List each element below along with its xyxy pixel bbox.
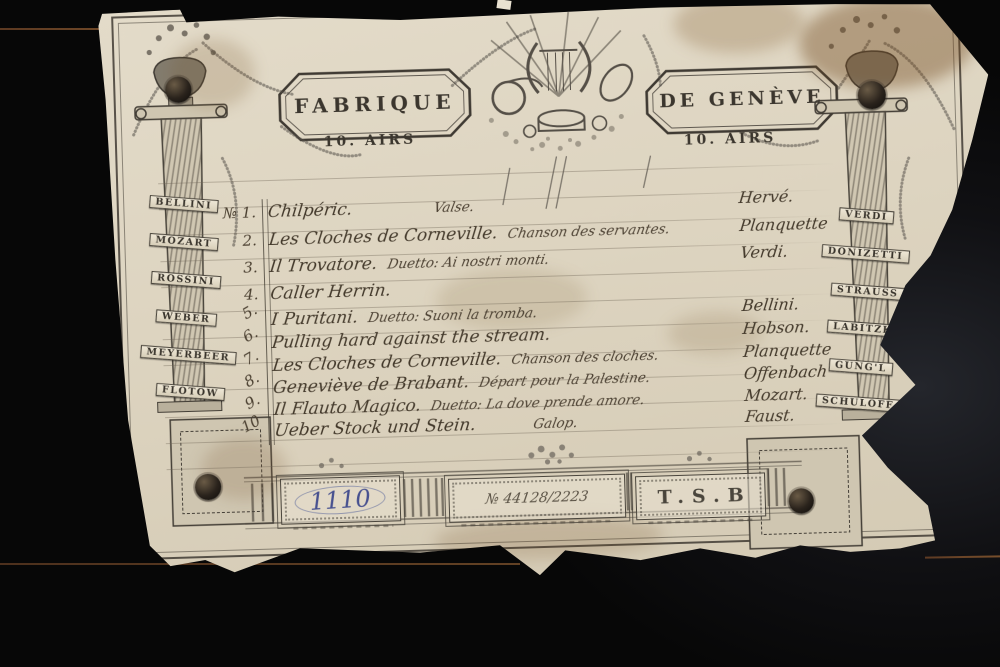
- tune-detail: Chanson des servantes.: [506, 221, 671, 242]
- tune-title: Il Trovatore.: [269, 254, 379, 277]
- tune-detail: Duetto: Ai nostri monti.: [386, 252, 550, 273]
- tune-composer: Hobson.: [742, 317, 811, 338]
- tune-detail: Valse.: [433, 199, 476, 216]
- serial-number: № 44128/2223: [485, 489, 590, 508]
- panel-scallop-border: [639, 477, 762, 517]
- tune-composer: Mozart.: [744, 384, 809, 405]
- photo-stage: FABRIQUE DE GENÈVE 10. AIRS 10. AIRS BEL…: [0, 0, 1000, 667]
- row-number: 3.: [205, 258, 258, 278]
- tune-detail: Chanson des cloches.: [510, 347, 660, 367]
- tune-composer: Offenbach: [743, 361, 828, 383]
- tune-detail: Duetto: Suoni la tromba.: [367, 305, 539, 326]
- tune-composer: Hervé.: [738, 186, 795, 207]
- lid-edge-line: [925, 555, 1000, 558]
- footer-panel-monogram: T.S.B: [635, 472, 766, 520]
- row-number: № 1.: [204, 203, 257, 223]
- lid-edge-line: [0, 563, 520, 565]
- tune-title: Les Cloches de Corneville.: [268, 223, 499, 250]
- row-number: 2.: [205, 231, 258, 251]
- tune-composer: Planquette: [742, 339, 832, 361]
- tune-title: Chilpéric.: [267, 200, 353, 223]
- footer-panel-number: 1110: [280, 475, 401, 525]
- tune-detail: Départ pour la Palestine.: [478, 370, 652, 391]
- footer-panel-serial: № 44128/2223: [448, 474, 626, 523]
- tune-composer: Verdi.: [739, 242, 789, 262]
- tune-composer: Planquette: [739, 213, 829, 235]
- tune-composer: Faust.: [744, 405, 796, 426]
- tune-sheet-card: FABRIQUE DE GENÈVE 10. AIRS 10. AIRS BEL…: [98, 0, 1000, 592]
- tune-composer: Bellini.: [741, 294, 800, 315]
- tune-detail: Galop.: [532, 415, 579, 432]
- tune-title: Caller Herrin.: [269, 280, 392, 304]
- tune-title: I Puritani.: [270, 307, 359, 330]
- torn-paper-speck: [496, 0, 511, 10]
